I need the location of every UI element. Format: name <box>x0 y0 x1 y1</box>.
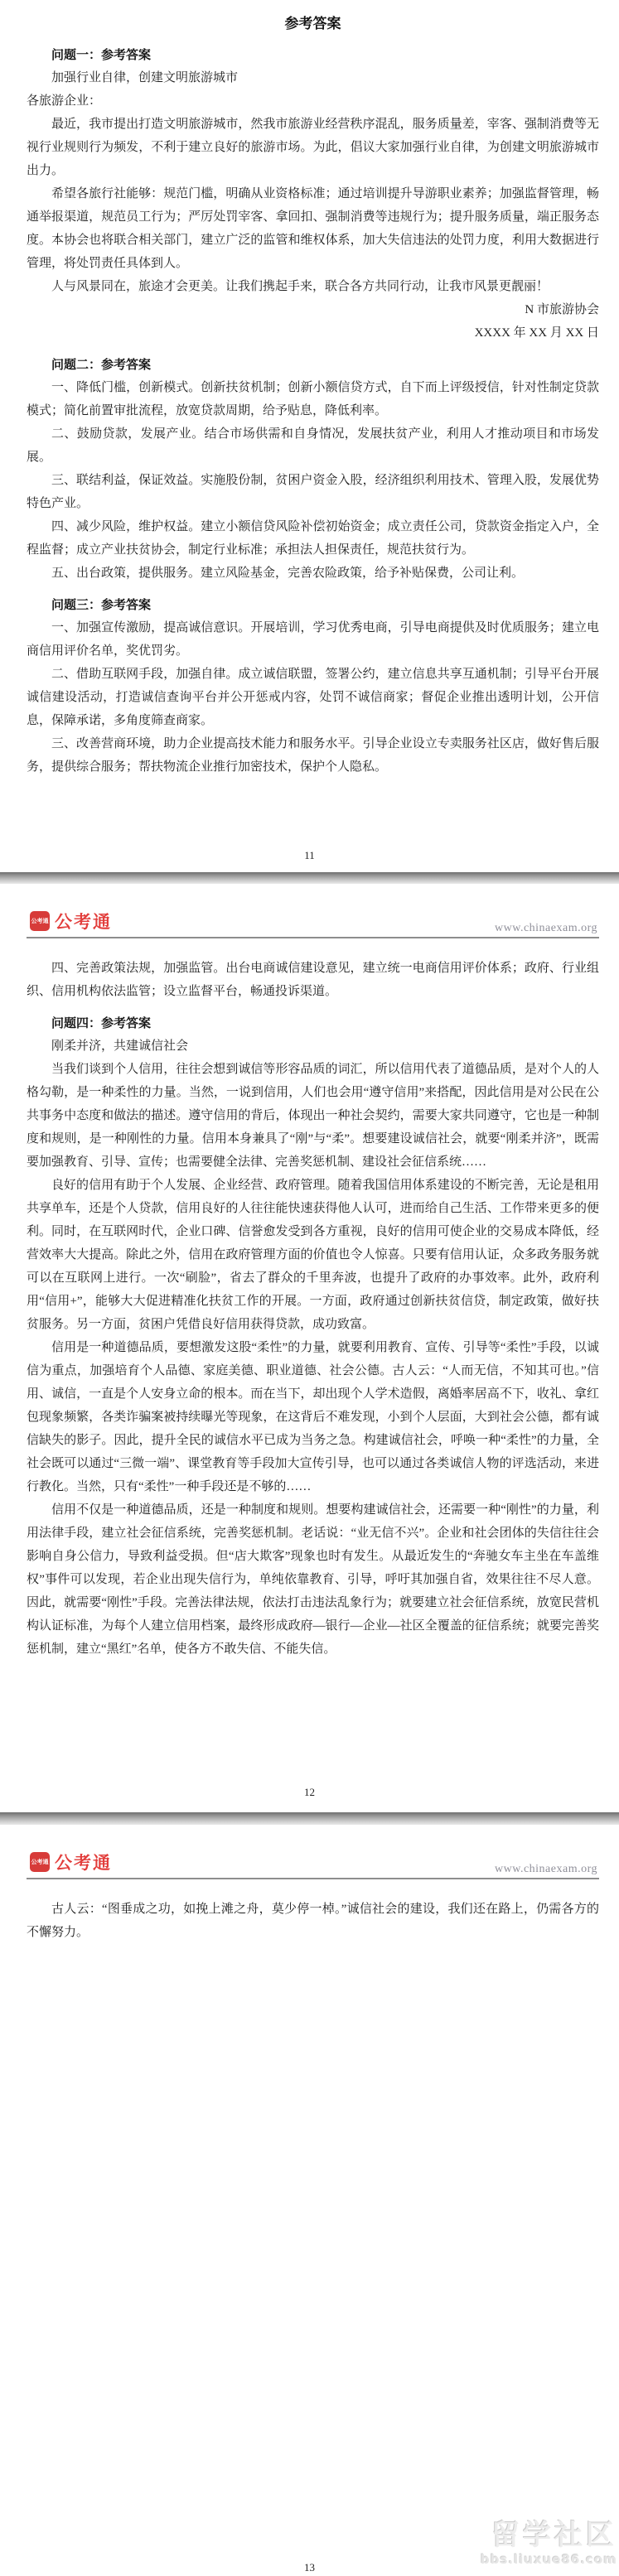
letter-paragraph: 最近，我市提出打造文明旅游城市，然我市旅游业经营秩序混乱，服务质量差，宰客、强制… <box>27 113 599 182</box>
page-number: 11 <box>0 849 619 862</box>
answer-item: 五、出台政策，提供服务。建立风险基金，完善农险政策，给予补贴保费，公司让利。 <box>27 562 599 585</box>
letter-salutation: 各旅游企业： <box>27 89 599 113</box>
brand-app-icon: 公考通 <box>30 911 50 931</box>
letter-date: XXXX 年 XX 月 XX 日 <box>27 321 599 345</box>
letter-paragraph: 人与风景同在，旅途才会更美。让我们携起手来，联合各方共同行动，让我市风景更靓丽！ <box>27 275 599 298</box>
answer-item: 四、完善政策法规，加强监管。出台电商诚信建设意见，建立统一电商信用评价体系；政府… <box>27 957 599 1003</box>
page-13: 公考通 公考通 www.chinaexam.org 古人云：“图垂成之功，如挽上… <box>0 1825 619 2576</box>
document-canvas: 参考答案 问题一：参考答案 加强行业自律，创建文明旅游城市 各旅游企业： 最近，… <box>0 0 619 2576</box>
question2-heading: 问题二：参考答案 <box>27 353 599 376</box>
question3-heading: 问题三：参考答案 <box>27 593 599 616</box>
letter-paragraph: 希望各旅行社能够：规范门槛，明确从业资格标准；通过培训提升导游职业素养；加强监督… <box>27 182 599 275</box>
page-header: 公考通 公考通 www.chinaexam.org <box>27 1825 599 1879</box>
brand-app-icon: 公考通 <box>30 1852 50 1872</box>
brand-wordmark: 公考通 <box>55 909 112 933</box>
essay-title: 刚柔并济，共建诚信社会 <box>27 1035 599 1058</box>
watermark: 留学社区 bbs.liuxue86.com <box>481 2519 617 2566</box>
watermark-title: 留学社区 <box>481 2519 617 2553</box>
answer-item: 三、联结利益，保证效益。实施股份制，贫困户资金入股，经济组织利用技术、管理入股，… <box>27 469 599 515</box>
answer-item: 一、加强宣传激励，提高诚信意识。开展培训，学习优秀电商，引导电商提供及时优质服务… <box>27 616 599 663</box>
doc-title: 参考答案 <box>27 0 599 35</box>
answer-item: 一、降低门槛，创新模式。创新扶贫机制；创新小额信贷方式，自下而上评级授信，针对性… <box>27 376 599 422</box>
answer-item: 二、借助互联网手段，加强自律。成立诚信联盟，签署公约，建立信息共享互通机制；引导… <box>27 663 599 732</box>
answer-item: 四、减少风险，维护权益。建立小额信贷风险补偿初始资金；成立责任公司，贷款资金指定… <box>27 515 599 562</box>
answer-item: 二、鼓励贷款，发展产业。结合市场供需和自身情况，发展扶贫产业，利用人才推动项目和… <box>27 422 599 469</box>
page-number: 12 <box>0 1786 619 1799</box>
question1-heading: 问题一：参考答案 <box>27 43 599 66</box>
page-separator <box>0 872 619 884</box>
brand-logo: 公考通 公考通 <box>30 909 112 933</box>
page-number: 13 <box>0 2561 619 2574</box>
brand-wordmark: 公考通 <box>55 1850 112 1874</box>
question4-heading: 问题四：参考答案 <box>27 1011 599 1035</box>
essay-paragraph: 良好的信用有助于个人发展、企业经营、政府管理。随着我国信用体系建设的不断完善，无… <box>27 1174 599 1336</box>
essay-paragraph: 信用不仅是一种道德品质，还是一种制度和规则。想要构建诚信社会，还需要一种“刚性”… <box>27 1498 599 1661</box>
essay-closing-paragraph: 古人云：“图垂成之功，如挽上滩之舟，莫少停一棹。”诚信社会的建设，我们还在路上，… <box>27 1898 599 1944</box>
site-url-link[interactable]: www.chinaexam.org <box>495 922 597 935</box>
page-11: 参考答案 问题一：参考答案 加强行业自律，创建文明旅游城市 各旅游企业： 最近，… <box>0 0 619 872</box>
letter-title: 加强行业自律，创建文明旅游城市 <box>27 66 599 89</box>
essay-paragraph: 信用是一种道德品质，要想激发这股“柔性”的力量，就要利用教育、宣传、引导等“柔性… <box>27 1336 599 1498</box>
letter-signature: N 市旅游协会 <box>27 298 599 321</box>
page-separator <box>0 1812 619 1825</box>
site-url-link[interactable]: www.chinaexam.org <box>495 1863 597 1876</box>
page-12: 公考通 公考通 www.chinaexam.org 四、完善政策法规，加强监管。… <box>0 884 619 1812</box>
answer-item: 三、改善营商环境，助力企业提高技术能力和服务水平。引导企业设立专卖服务社区店，做… <box>27 732 599 779</box>
page-header: 公考通 公考通 www.chinaexam.org <box>27 884 599 938</box>
essay-paragraph: 当我们谈到个人信用，往往会想到诚信等形容品质的词汇，所以信用代表了道德品质，是对… <box>27 1058 599 1174</box>
brand-logo: 公考通 公考通 <box>30 1850 112 1874</box>
